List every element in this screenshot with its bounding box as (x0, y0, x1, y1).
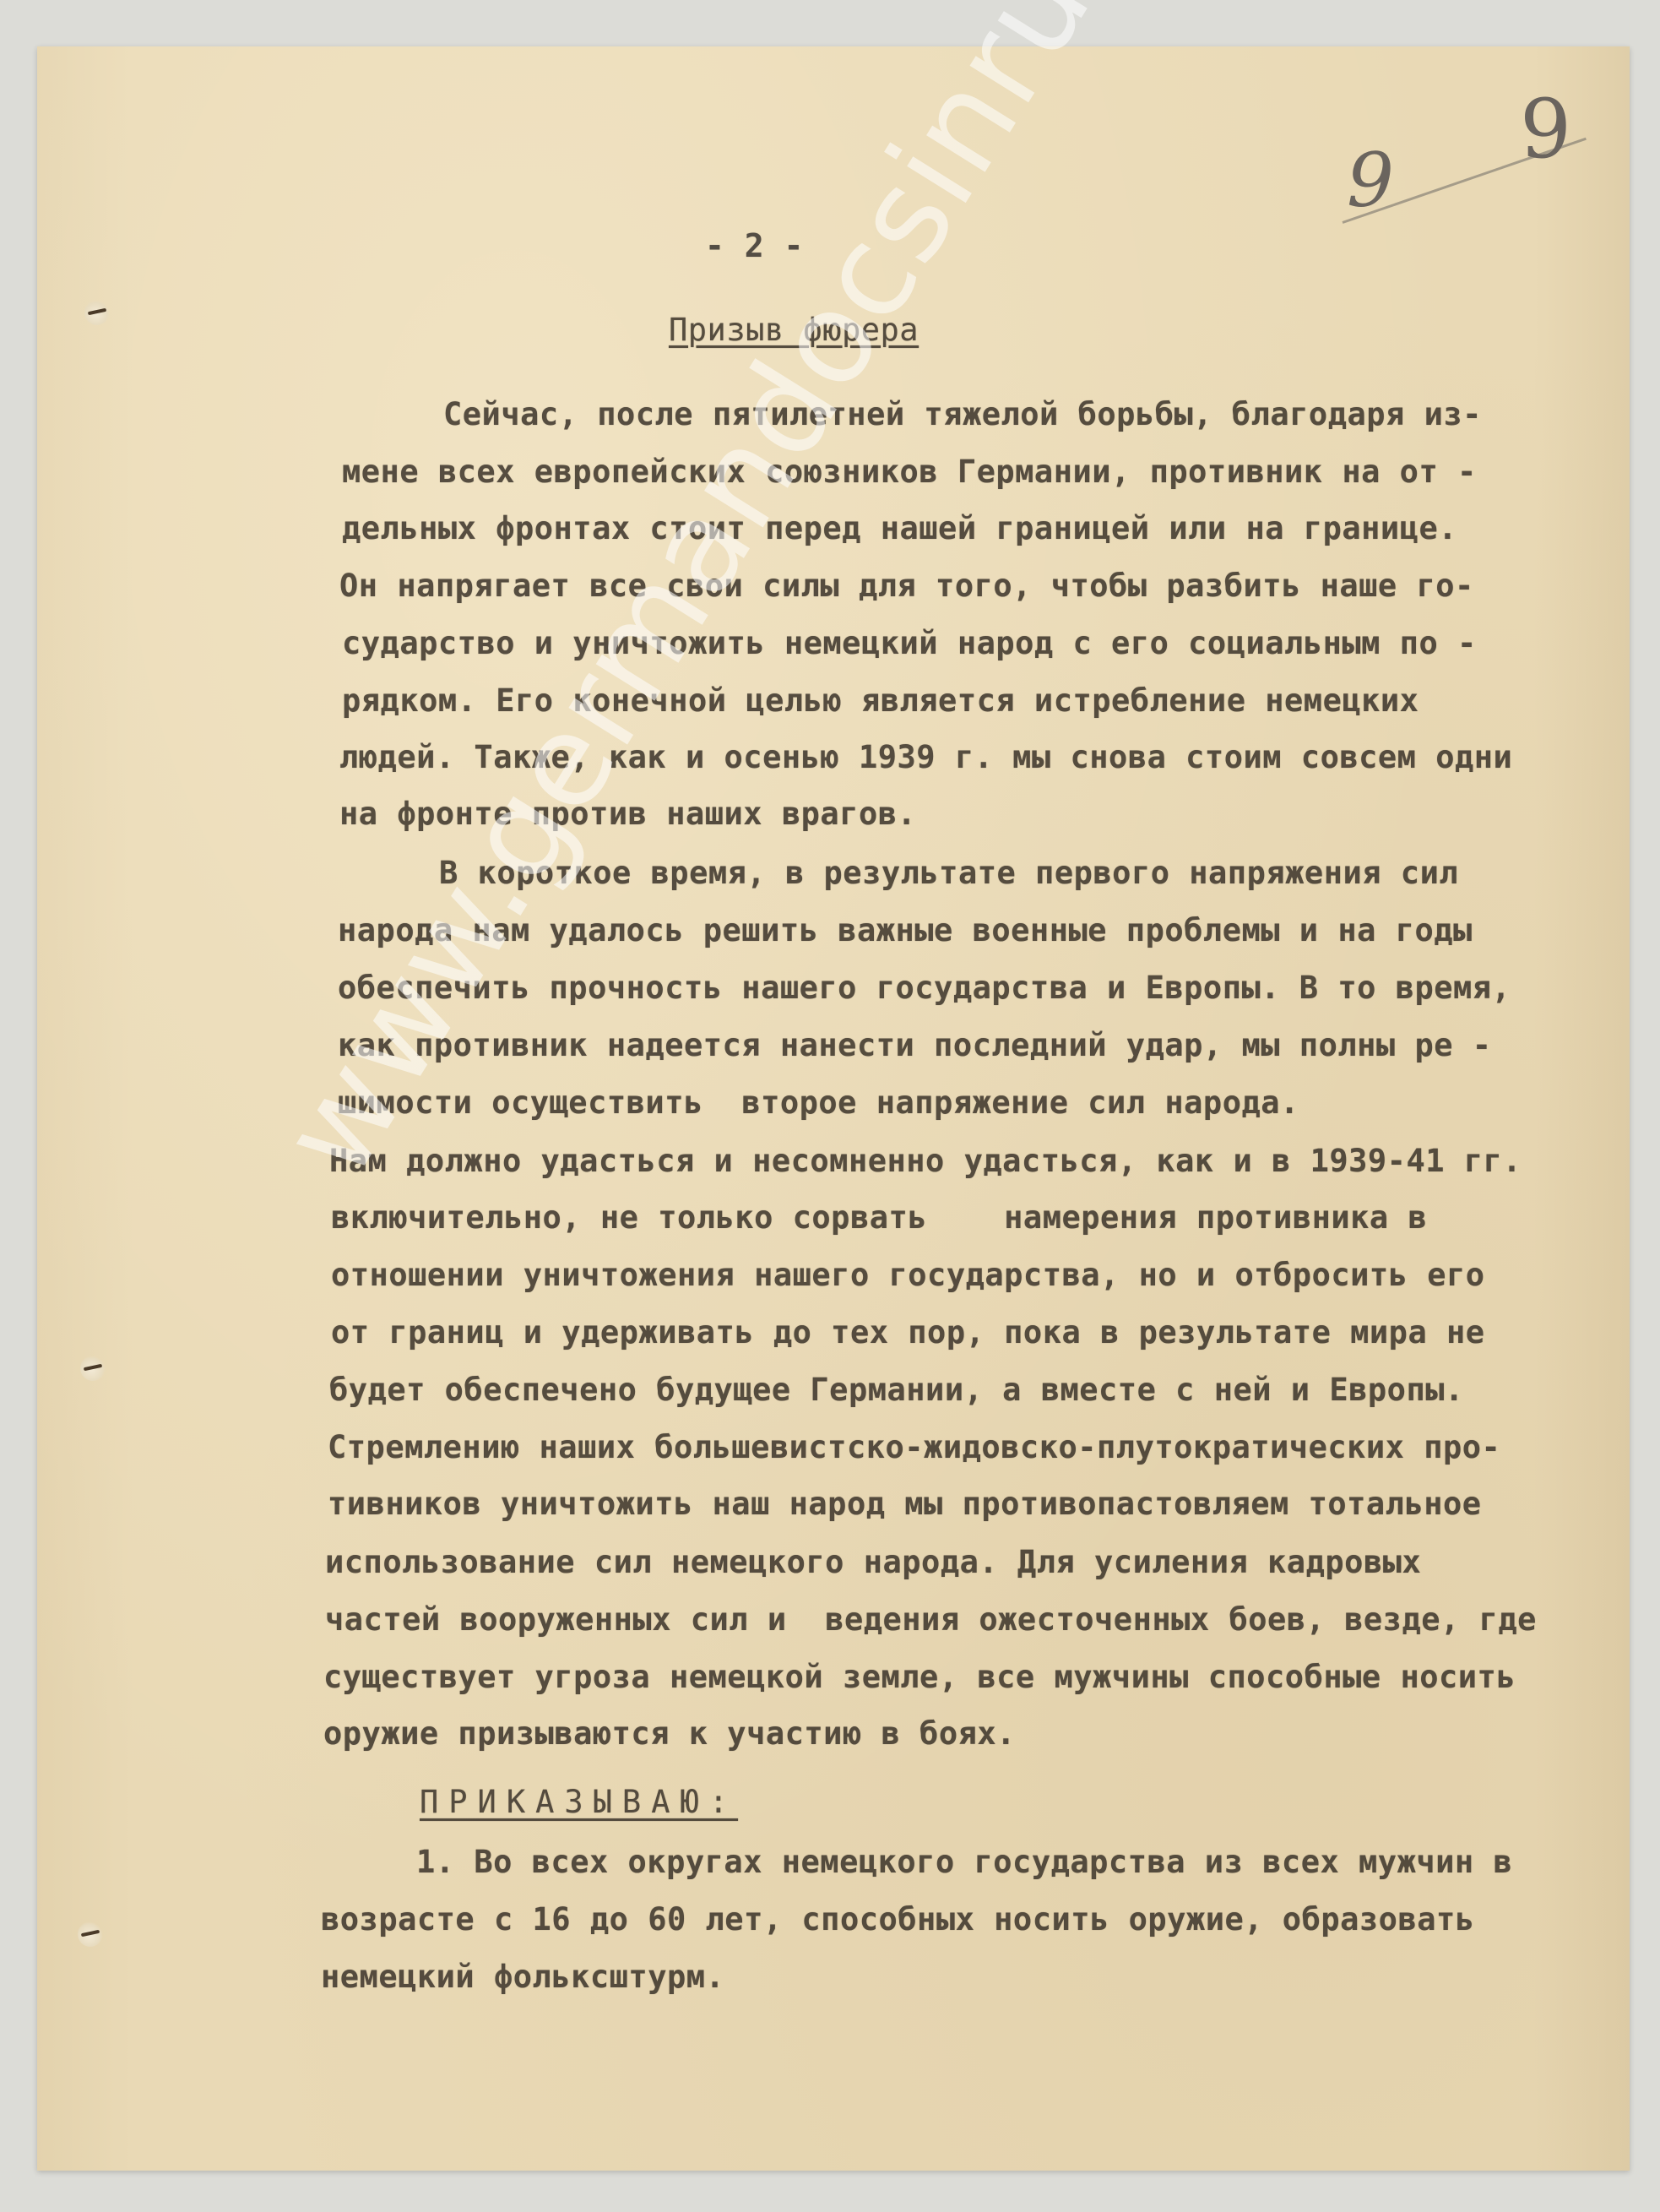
handwritten-folio: 9 (1520, 89, 1571, 170)
text-line: В короткое время, в результате первого н… (439, 857, 1458, 889)
order-heading: ПРИКАЗЫВАЮ: (420, 1786, 738, 1818)
text-line: как противник надеется нанести последний… (338, 1030, 1492, 1061)
text-line: мене всех европейских союзников Германии… (342, 456, 1477, 487)
document-title: Призыв фюрера (669, 314, 919, 345)
text-line: частей вооруженных сил и ведения ожесточ… (325, 1604, 1537, 1635)
text-line: шимости осуществить второе напряжение си… (338, 1087, 1299, 1118)
text-line: народа нам удалось решить важные военные… (338, 915, 1473, 946)
text-line: включительно, не только сорвать намерени… (331, 1202, 1427, 1233)
text-line: тивников уничтожить наш народ мы противо… (328, 1488, 1482, 1519)
order-item-line: 1. Во всех округах немецкого государства… (416, 1846, 1512, 1878)
text-line: отношении уничтожения нашего государства… (331, 1259, 1485, 1291)
text-line: сударство и уничтожить немецкий народ с … (342, 628, 1477, 659)
text-line: обеспечить прочность нашего государства … (338, 972, 1511, 1003)
text-line: людей. Также, как и осенью 1939 г. мы сн… (339, 742, 1512, 773)
punch-hole-mark (84, 300, 110, 325)
text-line: Нам должно удасться и несомненно удастьс… (329, 1145, 1522, 1177)
page-number: - 2 - (705, 230, 804, 262)
text-line: рядком. Его конечной целью является истр… (342, 685, 1419, 716)
punch-hole-mark (80, 1356, 106, 1381)
text-line: будет обеспечено будущее Германии, а вме… (329, 1374, 1464, 1405)
text-line: существует угроза немецкой земле, все му… (323, 1661, 1516, 1693)
text-line: Стремлению наших большевистско-жидовско-… (328, 1432, 1500, 1463)
order-item-line: возрасте с 16 до 60 лет, способных носит… (321, 1904, 1475, 1935)
text-line: дельных фронтах стоит перед нашей границ… (342, 513, 1457, 544)
order-item-line: немецкий фольксштурм. (321, 1961, 724, 1992)
text-line: оружие призываются к участию в боях. (323, 1718, 1016, 1749)
text-line: на фронте против наших врагов. (339, 798, 916, 829)
text-line: от границ и удерживать до тех пор, пока … (331, 1317, 1485, 1348)
text-line: использование сил немецкого народа. Для … (325, 1546, 1421, 1578)
text-line: Сейчас, после пятилетней тяжелой борьбы,… (443, 399, 1482, 430)
text-line: Он напрягает все свои силы для того, что… (339, 570, 1474, 601)
punch-hole-mark (78, 1921, 103, 1947)
